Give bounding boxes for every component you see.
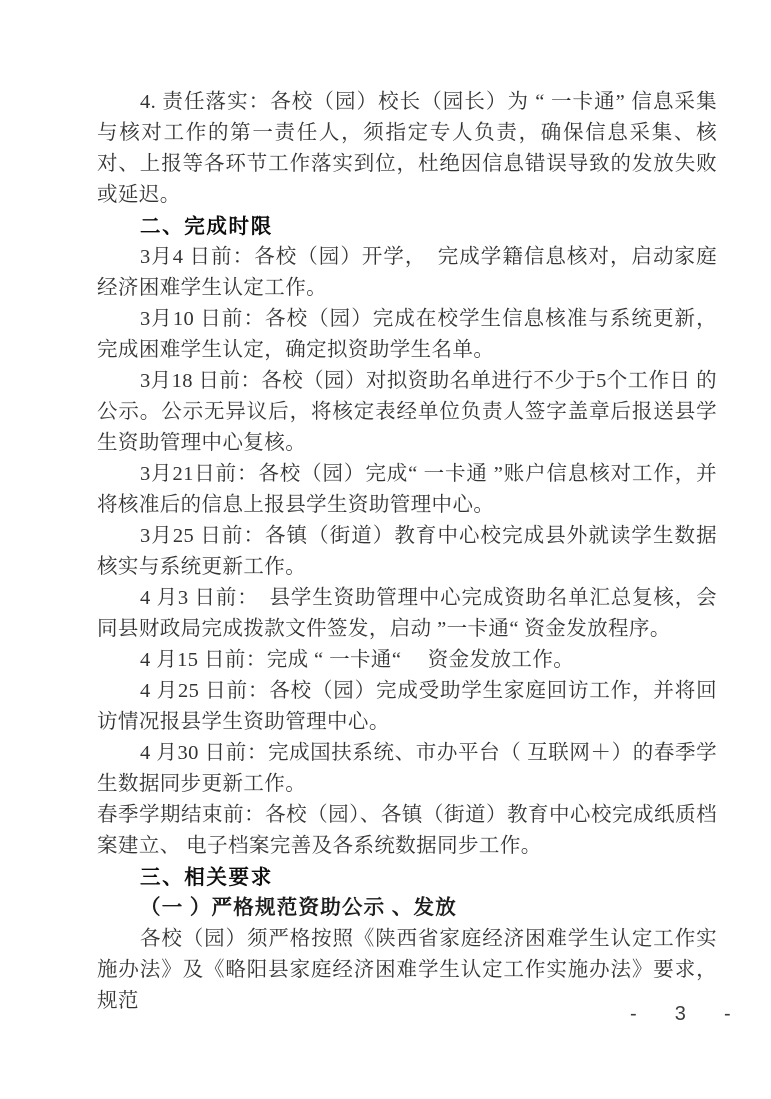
paragraph: 3月25 日前：各镇（街道）教育中心校完成县外就读学生数据核实与系统更新工作。 (97, 521, 717, 583)
paragraph: 3月10 日前：各校（园）完成在校学生信息核准与系统更新，完成困难学生认定，确定… (97, 304, 717, 366)
paragraph: 4. 责任落实：各校（园）校长（园长）为 “ 一卡通” 信息采集与核对工作的第一… (97, 87, 717, 211)
section-heading: 三、相关要求 (97, 862, 717, 893)
paragraph: 3月21日前：各校（园）完成“ 一卡通 ”账户信息核对工作，并将核准后的信息上报… (97, 459, 717, 521)
section-heading: 二、完成时限 (97, 211, 717, 242)
paragraph: 春季学期结束前：各校（园）、各镇（街道）教育中心校完成纸质档案建立、 电子档案完… (97, 800, 717, 862)
document-page: 4. 责任落实：各校（园）校长（园长）为 “ 一卡通” 信息采集与核对工作的第一… (0, 0, 771, 1099)
document-body: 4. 责任落实：各校（园）校长（园长）为 “ 一卡通” 信息采集与核对工作的第一… (97, 87, 717, 1017)
paragraph: 3月4 日前：各校（园）开学， 完成学籍信息核对，启动家庭经济困难学生认定工作。 (97, 242, 717, 304)
paragraph: 4 月25 日前：各校（园）完成受助学生家庭回访工作，并将回访情况报县学生资助管… (97, 676, 717, 738)
page-number: - 3 - (630, 1003, 750, 1026)
paragraph: 4 月15 日前：完成 “ 一卡通“ 资金发放工作。 (97, 645, 717, 676)
paragraph: 各校（园）须严格按照《陕西省家庭经济困难学生认定工作实施办法》及《略阳县家庭经济… (97, 924, 717, 1017)
paragraph: 4 月3 日前： 县学生资助管理中心完成资助名单汇总复核，会同县财政局完成拨款文… (97, 583, 717, 645)
paragraph: 3月18 日前：各校（园）对拟资助名单进行不少于5个工作日 的公示。公示无异议后… (97, 366, 717, 459)
paragraph: 4 月30 日前：完成国扶系统、市办平台（ 互联网＋）的春季学生数据同步更新工作… (97, 738, 717, 800)
section-heading: （一 ）严格规范资助公示 、发放 (97, 893, 717, 924)
